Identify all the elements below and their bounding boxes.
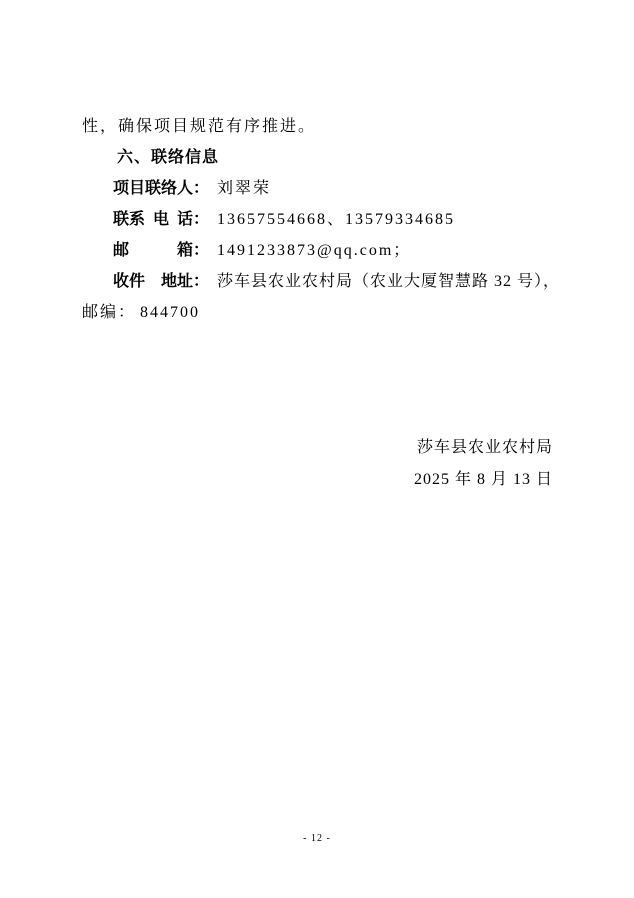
contact-value-project-liaison: 刘翠荣 — [217, 180, 271, 197]
postal-code-value: 844700 — [140, 304, 200, 321]
contact-value-email: 1491233873@qq.com； — [217, 242, 411, 259]
postal-code-colon: ： — [118, 297, 132, 328]
postal-code-line: 邮编：844700 — [82, 297, 553, 328]
section-heading: 六、联络信息 — [82, 142, 553, 173]
label-colon: ： — [193, 204, 209, 235]
signature-block: 莎车县农业农村局 2025 年 8 月 13 日 — [82, 432, 553, 496]
contact-label-mailing-address: 收件地址 — [113, 266, 193, 297]
label-colon: ： — [193, 266, 209, 297]
label-text: 箱 — [177, 235, 193, 266]
contact-label-phone: 联系电话 — [113, 204, 193, 235]
contact-row-mailing-address: 收件地址：莎车县农业农村局（农业大厦智慧路 32 号）， — [82, 266, 553, 297]
contact-row-project-liaison: 项目联络人：刘翠荣 — [82, 173, 553, 204]
signature-organization: 莎车县农业农村局 — [82, 432, 553, 464]
label-text: 电 — [153, 204, 169, 235]
label-text: 邮 — [113, 235, 129, 266]
label-colon: ： — [193, 173, 209, 204]
page-content: 性，确保项目规范有序推进。 六、联络信息 项目联络人：刘翠荣 联系电话：1365… — [82, 111, 553, 496]
contact-row-phone: 联系电话：13657554668、13579334685 — [82, 204, 553, 235]
postal-code-label: 邮编 — [82, 304, 118, 321]
paragraph-continuation-text: 性，确保项目规范有序推进。 — [82, 111, 553, 142]
label-text: 联系 — [113, 204, 145, 235]
document-page: { "document": { "continuation_line": "性，… — [0, 0, 634, 898]
contact-label-email: 邮箱 — [113, 235, 193, 266]
page: 性，确保项目规范有序推进。 六、联络信息 项目联络人：刘翠荣 联系电话：1365… — [0, 0, 634, 898]
signature-date: 2025 年 8 月 13 日 — [82, 464, 553, 496]
label-text: 话 — [177, 204, 193, 235]
label-colon: ： — [193, 235, 209, 266]
contact-value-mailing-address: 莎车县农业农村局（农业大厦智慧路 32 号）， — [217, 273, 560, 290]
label-text: 项目联络人 — [113, 173, 193, 204]
page-number: - 12 - — [0, 833, 634, 844]
contact-label-project-liaison: 项目联络人 — [113, 173, 193, 204]
contact-value-phone: 13657554668、13579334685 — [217, 211, 455, 228]
label-text: 收件 — [113, 266, 145, 297]
label-text: 地址 — [161, 266, 193, 297]
contact-row-email: 邮箱：1491233873@qq.com； — [82, 235, 553, 266]
